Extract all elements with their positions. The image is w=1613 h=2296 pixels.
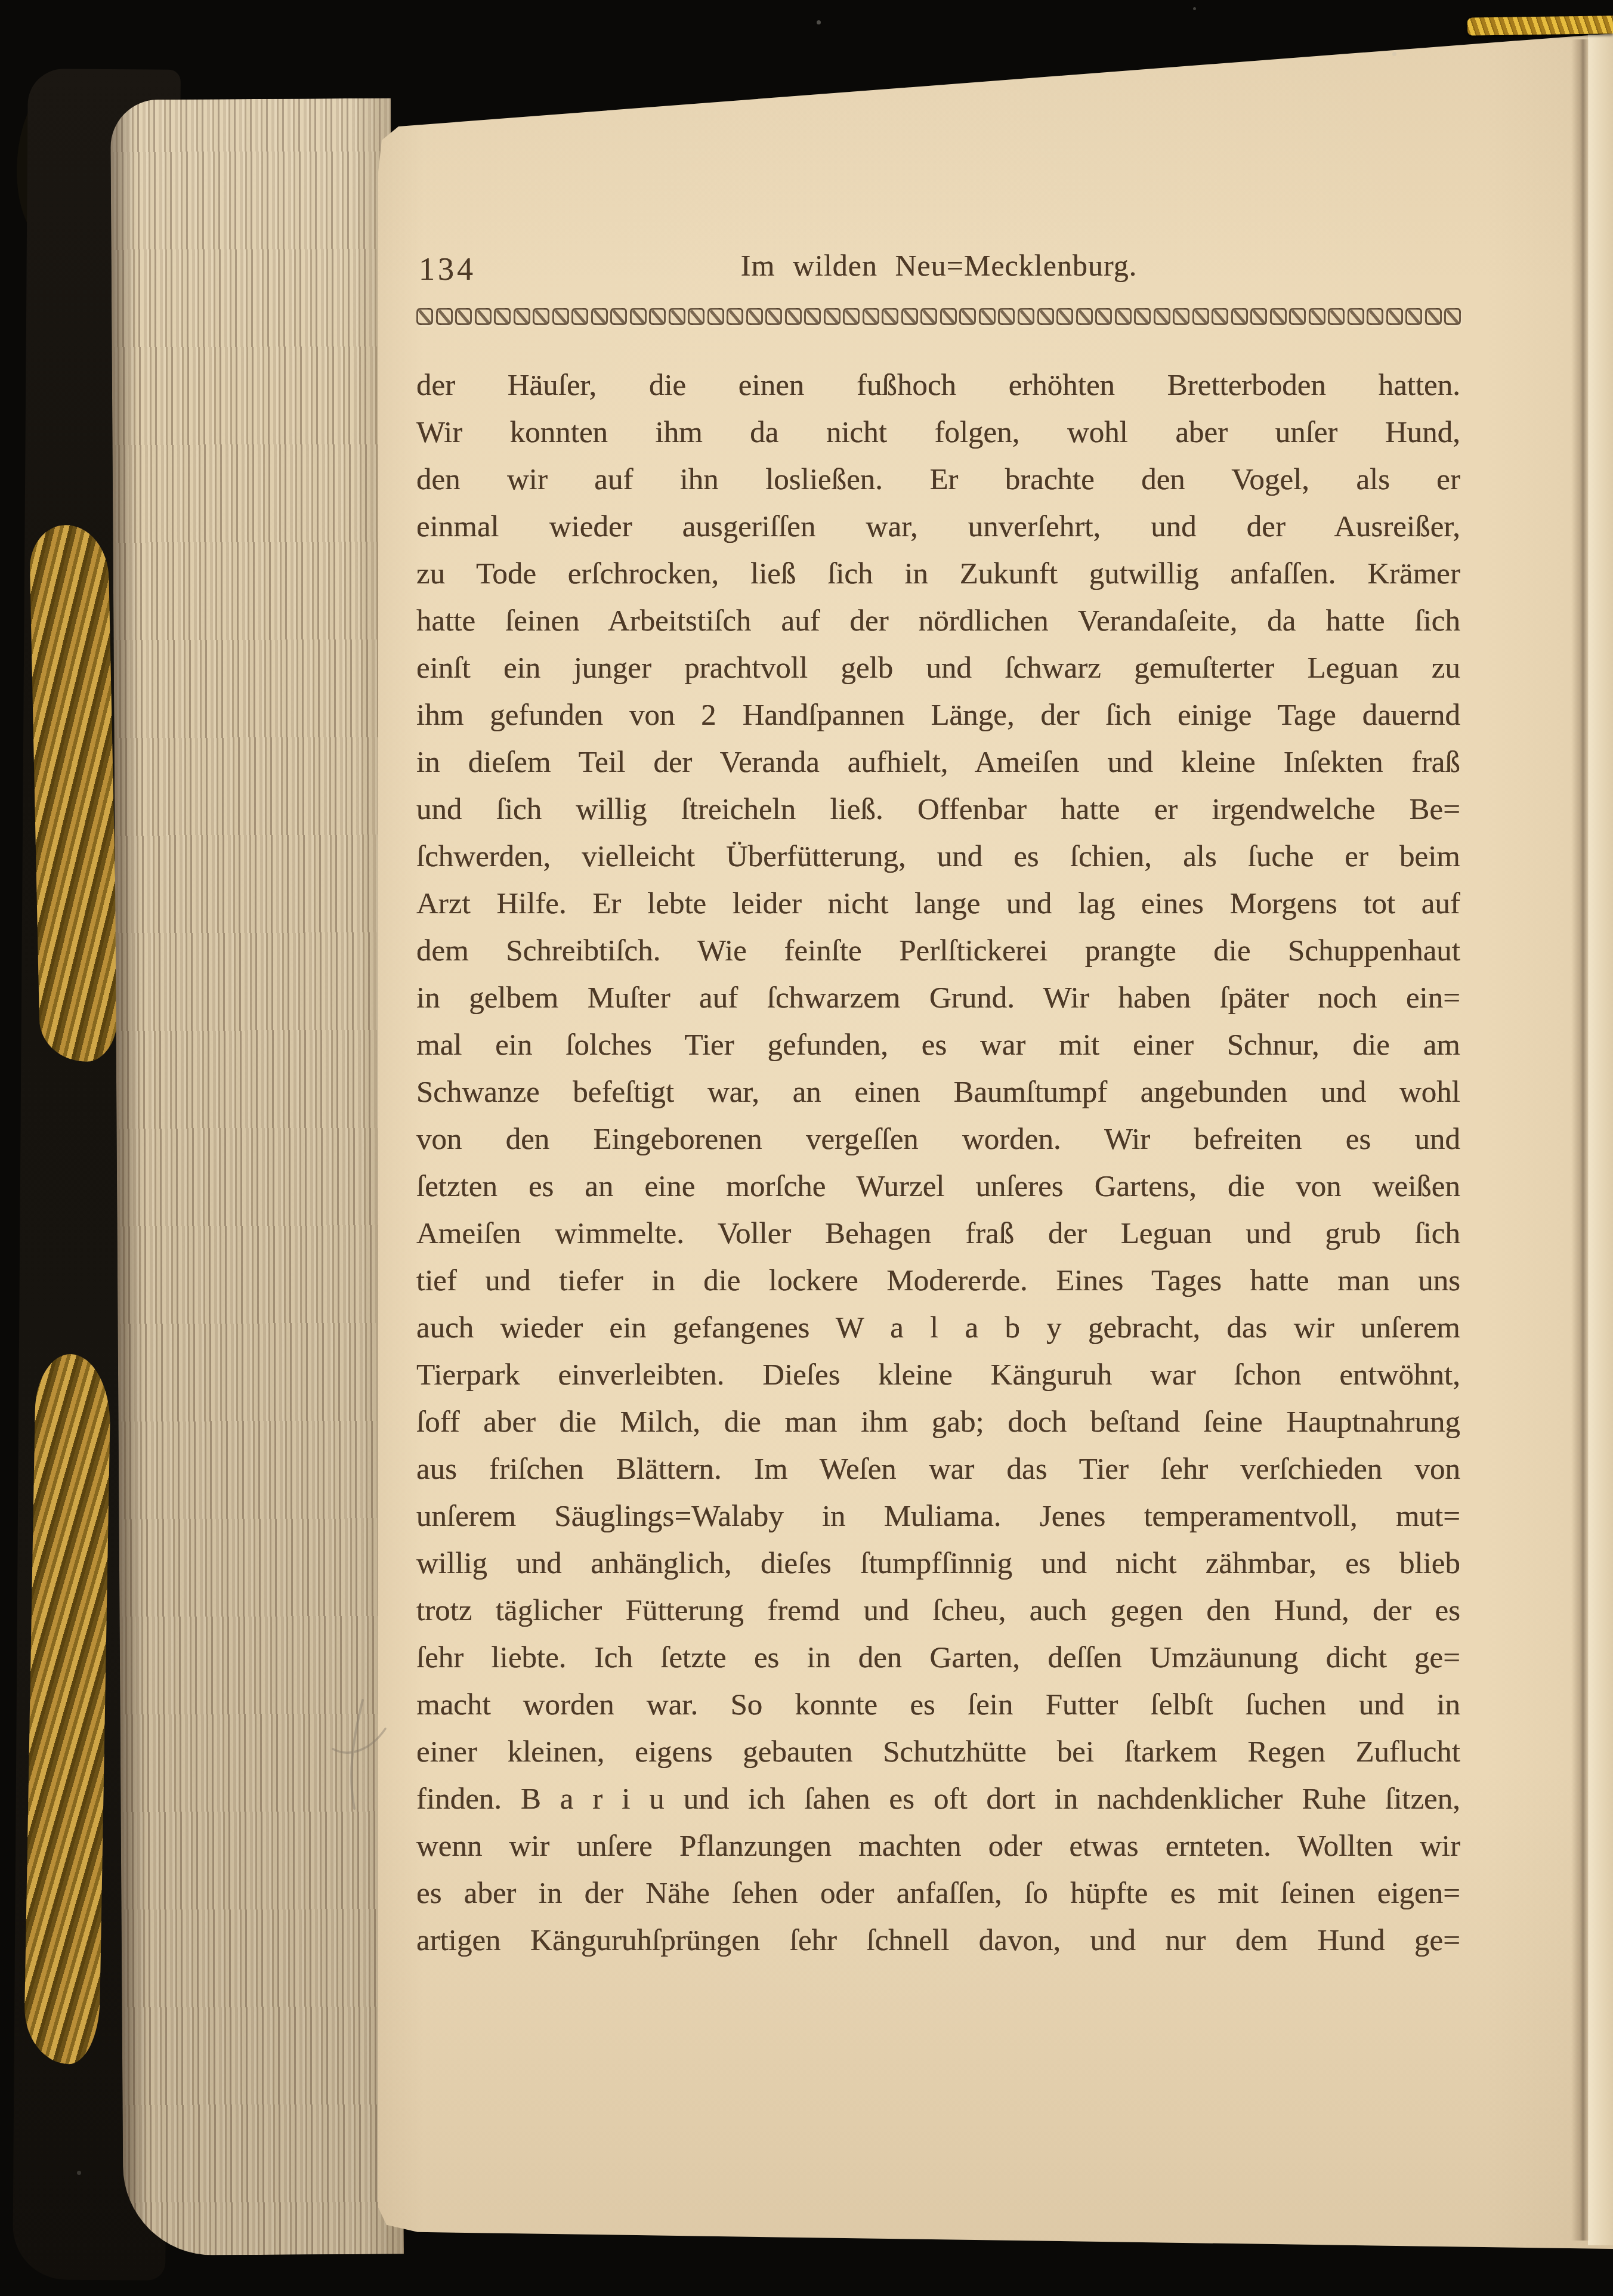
text-line: trotz täglicher Fütterung fremd und ſche… — [416, 1588, 1460, 1635]
text-line: dem Schreibtiſch. Wie feinſte Perlſticke… — [416, 928, 1460, 975]
chain-link-ornament-icon — [1037, 308, 1054, 325]
chain-link-ornament-icon — [1367, 308, 1383, 325]
chain-link-ornament-icon — [688, 308, 704, 325]
text-line: ihm gefunden von 2 Handſpannen Länge, de… — [416, 693, 1460, 740]
text-line: Tierpark einverleibten. Dieſes kleine Kä… — [416, 1352, 1460, 1399]
chain-link-ornament-icon — [901, 308, 918, 325]
chain-link-ornament-icon — [436, 308, 453, 325]
chain-link-ornament-icon — [707, 308, 724, 325]
chain-link-ornament-icon — [1405, 308, 1422, 325]
text-line: Wir konnten ihm da nicht folgen, wohl ab… — [416, 410, 1460, 457]
text-line: einſt ein junger prachtvoll gelb und ſch… — [416, 645, 1460, 693]
text-line: einer kleinen, eigens gebauten Schutzhüt… — [416, 1729, 1460, 1776]
chain-link-ornament-icon — [1134, 308, 1151, 325]
chain-link-ornament-icon — [1386, 308, 1403, 325]
chain-link-ornament-icon — [1231, 308, 1248, 325]
text-line: tief und tiefer in die lockere Modererde… — [416, 1258, 1460, 1305]
text-line: von den Eingeborenen vergeſſen worden. W… — [416, 1117, 1460, 1164]
text-line: einmal wieder ausgeriſſen war, unverſehr… — [416, 504, 1460, 551]
text-line: mal ein ſolches Tier gefunden, es war mi… — [416, 1022, 1460, 1070]
chain-link-ornament-icon — [669, 308, 685, 325]
text-line: Schwanze befeſtigt war, an einen Baumſtu… — [416, 1070, 1460, 1117]
chain-link-ornament-icon — [494, 308, 511, 325]
chain-link-ornament-icon — [824, 308, 841, 325]
text-line: aus friſchen Blättern. Im Weſen war das … — [416, 1447, 1460, 1494]
text-line: ſchwerden, vielleicht Überfütterung, und… — [416, 834, 1460, 881]
chain-link-ornament-icon — [1425, 308, 1442, 325]
chain-link-ornament-icon — [1270, 308, 1287, 325]
text-line: den wir auf ihn losließen. Er brachte de… — [416, 457, 1460, 504]
chain-link-ornament-icon — [882, 308, 898, 325]
chain-link-ornament-icon — [765, 308, 782, 325]
text-line: Arzt Hilfe. Er lebte leider nicht lange … — [416, 881, 1460, 928]
chain-link-ornament-icon — [940, 308, 957, 325]
chain-link-ornament-icon — [998, 308, 1015, 325]
text-line: finden. B a r i u und ich ſahen es oft d… — [416, 1776, 1460, 1824]
text-line: hatte ſeinen Arbeitstiſch auf der nördli… — [416, 598, 1460, 645]
scanned-book-photo: 134 Im wilden Neu=Mecklenburg. der Häuſe… — [0, 0, 1613, 2296]
printed-content: 134 Im wilden Neu=Mecklenburg. der Häuſe… — [0, 0, 1613, 2296]
chain-link-ornament-icon — [591, 308, 608, 325]
chain-link-ornament-icon — [1154, 308, 1170, 325]
chain-link-ornament-icon — [1328, 308, 1345, 325]
pencil-mark-annotation — [320, 1692, 397, 1817]
chain-link-ornament-icon — [552, 308, 569, 325]
chain-link-ornament-icon — [649, 308, 666, 325]
text-line: macht worden war. So konnte es ſein Futt… — [416, 1682, 1460, 1729]
text-line: und ſich willig ſtreicheln ließ. Offenba… — [416, 787, 1460, 834]
text-line: Ameiſen wimmelte. Voller Behagen fraß de… — [416, 1211, 1460, 1258]
chain-link-ornament-icon — [1444, 308, 1461, 325]
chain-link-ornament-icon — [1076, 308, 1093, 325]
running-header: Im wilden Neu=Mecklenburg. — [418, 248, 1460, 283]
chain-link-ornament-icon — [1309, 308, 1325, 325]
text-line: auch wieder ein gefangenes W a l a b y g… — [416, 1305, 1460, 1352]
text-line: ſehr liebte. Ich ſetzte es in den Garten… — [416, 1635, 1460, 1682]
text-line: in dieſem Teil der Veranda aufhielt, Ame… — [416, 740, 1460, 787]
chain-link-ornament-icon — [746, 308, 763, 325]
chain-link-ornament-icon — [571, 308, 588, 325]
chain-link-ornament-icon — [610, 308, 627, 325]
chain-link-ornament-icon — [475, 308, 492, 325]
chain-link-ornament-icon — [416, 308, 433, 325]
chain-link-ornament-icon — [1056, 308, 1073, 325]
chain-link-ornament-icon — [959, 308, 976, 325]
chain-link-ornament-icon — [1018, 308, 1034, 325]
text-line: der Häuſer, die einen fußhoch erhöhten B… — [416, 363, 1460, 410]
chain-link-ornament-icon — [1289, 308, 1306, 325]
chain-link-ornament-icon — [514, 308, 530, 325]
chain-link-ornament-icon — [979, 308, 996, 325]
chain-link-ornament-icon — [1192, 308, 1209, 325]
chain-link-ornament-icon — [804, 308, 821, 325]
text-line: zu Tode erſchrocken, ließ ſich in Zukunf… — [416, 551, 1460, 598]
chain-link-ornament-icon — [727, 308, 743, 325]
chain-link-ornament-icon — [1173, 308, 1189, 325]
text-line: wenn wir unſere Pflanzungen machten oder… — [416, 1824, 1460, 1871]
chain-link-ornament-icon — [920, 308, 937, 325]
chain-link-ornament-icon — [455, 308, 472, 325]
chain-link-ornament-icon — [863, 308, 879, 325]
chain-link-ornament-icon — [1212, 308, 1228, 325]
text-line: ſoff aber die Milch, die man ihm gab; do… — [416, 1399, 1460, 1447]
chain-link-ornament-icon — [843, 308, 860, 325]
text-line: artigen Känguruhſprüngen ſehr ſchnell da… — [416, 1918, 1460, 1965]
text-line: willig und anhänglich, dieſes ſtumpfſinn… — [416, 1541, 1460, 1588]
chain-link-ornament-icon — [533, 308, 549, 325]
chain-link-ornament-icon — [1095, 308, 1112, 325]
chain-link-ornament-icon — [1348, 308, 1364, 325]
chain-link-ornament-icon — [1250, 308, 1267, 325]
text-line: es aber in der Nähe ſehen oder anfaſſen,… — [416, 1871, 1460, 1918]
ornament-border — [416, 303, 1461, 329]
body-text-block: der Häuſer, die einen fußhoch erhöhten B… — [416, 363, 1460, 1965]
text-line: in gelbem Muſter auf ſchwarzem Grund. Wi… — [416, 975, 1460, 1022]
text-line: unſerem Säuglings=Walaby in Muliama. Jen… — [416, 1494, 1460, 1541]
chain-link-ornament-icon — [785, 308, 802, 325]
chain-link-ornament-icon — [630, 308, 647, 325]
text-line: ſetzten es an eine morſche Wurzel unſere… — [416, 1164, 1460, 1211]
chain-link-ornament-icon — [1115, 308, 1132, 325]
